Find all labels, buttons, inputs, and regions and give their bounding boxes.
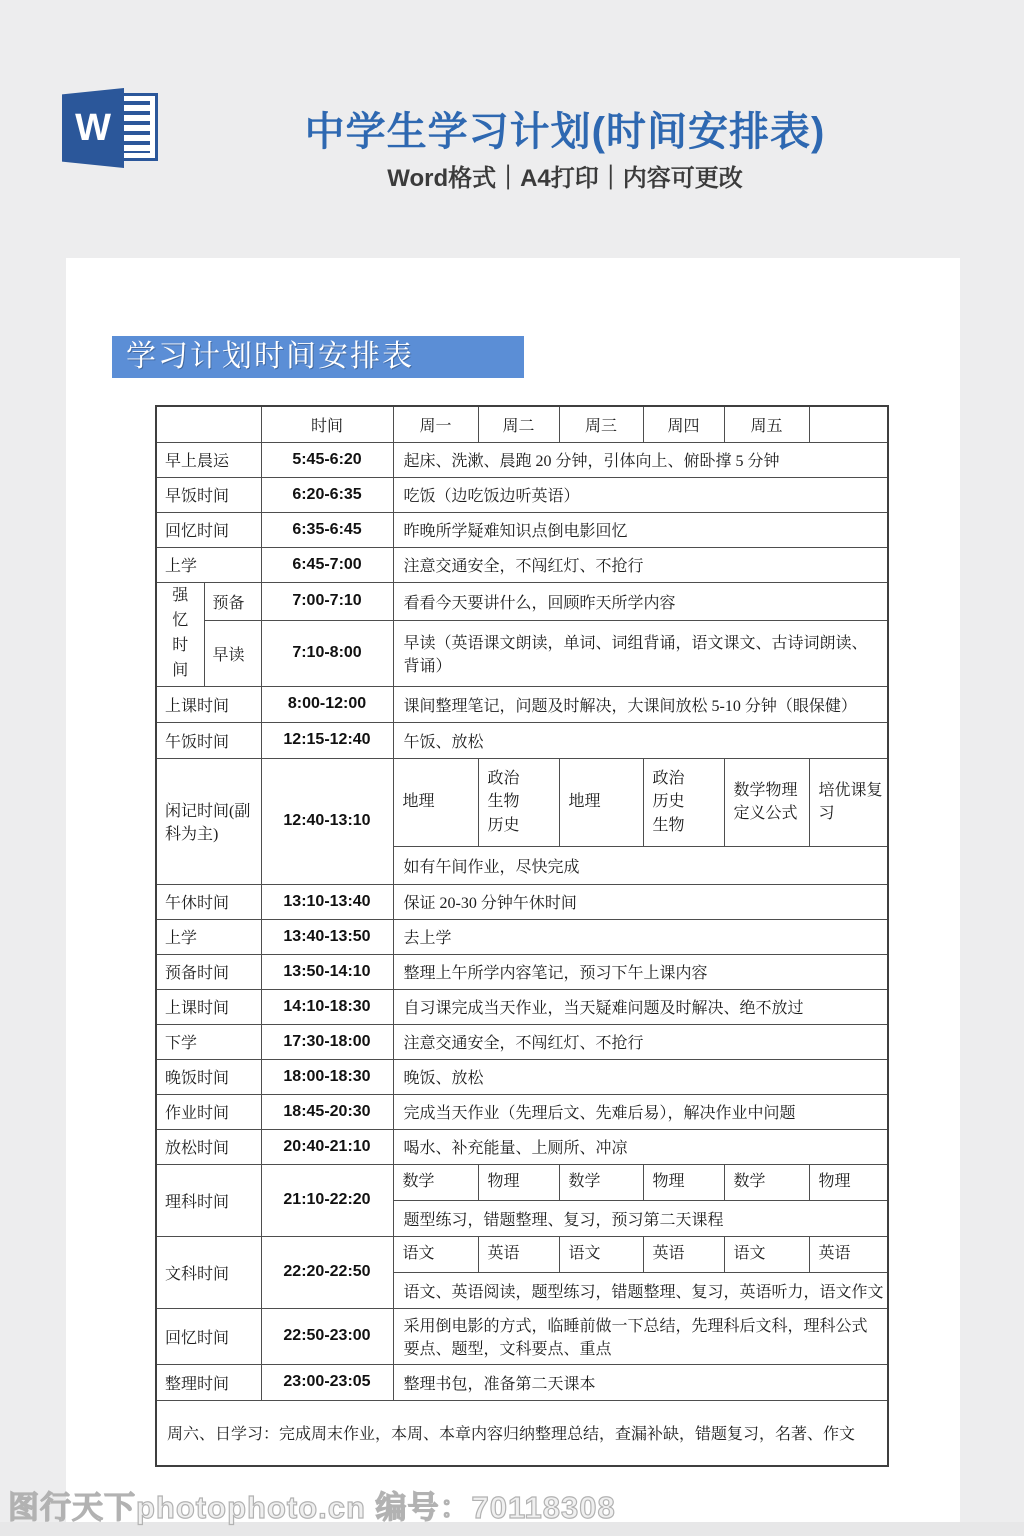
desc-cell: 整理上午所学内容笔记，预习下午上课内容 xyxy=(393,954,888,989)
section-title: 学习计划时间安排表 xyxy=(112,336,524,378)
desc-cell: 吃饭（边吃饭边听英语） xyxy=(393,477,888,512)
desc-cell: 起床、洗漱、晨跑 20 分钟，引体向上、俯卧撑 5 分钟 xyxy=(393,442,888,477)
row-label: 预备 xyxy=(204,582,261,620)
desc-cell: 自习课完成当天作业，当天疑难问题及时解决、绝不放过 xyxy=(393,989,888,1024)
time-cell: 12:15-12:40 xyxy=(261,722,393,758)
row-liberal-subjects: 文科时间 22:20-22:50 语文 英语 语文 英语 语文 英语 xyxy=(156,1236,888,1272)
row-label: 上课时间 xyxy=(156,686,261,722)
row-label: 回忆时间 xyxy=(156,512,261,547)
table-header-row: 时间 周一 周二 周三 周四 周五 xyxy=(156,406,888,442)
time-cell: 8:00-12:00 xyxy=(261,686,393,722)
desc-cell: 注意交通安全，不闯红灯、不抢行 xyxy=(393,547,888,582)
subject-cell-tuesday: 政治 生物 历史 xyxy=(478,758,559,846)
desc-cell: 早读（英语课文朗读，单词、词组背诵，语文课文、古诗词朗读、背诵） xyxy=(393,620,888,686)
row-go-school-am: 上学 6:45-7:00 注意交通安全，不闯红灯、不抢行 xyxy=(156,547,888,582)
header-monday: 周一 xyxy=(393,406,478,442)
row-label: 文科时间 xyxy=(156,1236,261,1308)
subject-cell-thursday: 政治 历史 生物 xyxy=(643,758,724,846)
subject-cell-monday: 地理 xyxy=(393,758,478,846)
time-cell: 6:45-7:00 xyxy=(261,547,393,582)
desc-cell: 整理书包，准备第二天课本 xyxy=(393,1364,888,1400)
time-cell: 17:30-18:00 xyxy=(261,1024,393,1059)
subject-cell-thursday: 英语 xyxy=(643,1236,724,1272)
time-cell: 18:00-18:30 xyxy=(261,1059,393,1094)
subject-cell-monday: 语文 xyxy=(393,1236,478,1272)
row-class-pm: 上课时间 14:10-18:30 自习课完成当天作业，当天疑难问题及时解决、绝不… xyxy=(156,989,888,1024)
row-label: 早饭时间 xyxy=(156,477,261,512)
time-cell: 23:00-23:05 xyxy=(261,1364,393,1400)
desc-cell: 晚饭、放松 xyxy=(393,1059,888,1094)
row-label: 闲记时间(副科为主) xyxy=(156,758,261,884)
row-label: 理科时间 xyxy=(156,1164,261,1236)
row-nap: 午休时间 13:10-13:40 保证 20-30 分钟午休时间 xyxy=(156,884,888,919)
row-recall-night: 回忆时间 22:50-23:00 采用倒电影的方式，临睡前做一下总结，先理科后文… xyxy=(156,1308,888,1364)
subject-cell-wednesday: 语文 xyxy=(559,1236,643,1272)
row-class-am: 上课时间 8:00-12:00 课间整理笔记，问题及时解决，大课间放松 5-10… xyxy=(156,686,888,722)
document-title: 中学生学习计划(时间安排表) xyxy=(170,100,960,157)
time-cell: 7:10-8:00 xyxy=(261,620,393,686)
subject-cell-wednesday: 数学 xyxy=(559,1164,643,1200)
header-friday: 周五 xyxy=(724,406,809,442)
word-icon: W xyxy=(62,88,162,168)
row-go-school-pm: 上学 13:40-13:50 去上学 xyxy=(156,919,888,954)
row-recall-morning: 回忆时间 6:35-6:45 昨晚所学疑难知识点倒电影回忆 xyxy=(156,512,888,547)
time-cell: 20:40-21:10 xyxy=(261,1129,393,1164)
note-cell: 如有午间作业，尽快完成 xyxy=(393,846,888,884)
desc-cell: 喝水、补充能量、上厕所、冲凉 xyxy=(393,1129,888,1164)
desc-cell: 保证 20-30 分钟午休时间 xyxy=(393,884,888,919)
subject-cell-extra: 物理 xyxy=(809,1164,888,1200)
subject-cell-tuesday: 英语 xyxy=(478,1236,559,1272)
header-empty-cell xyxy=(156,406,261,442)
desc-cell: 完成当天作业（先理后文、先难后易），解决作业中问题 xyxy=(393,1094,888,1129)
header-tuesday: 周二 xyxy=(478,406,559,442)
document-subtitle: Word格式｜A4打印｜内容可更改 xyxy=(170,158,960,193)
row-science-subjects: 理科时间 21:10-22:20 数学 物理 数学 物理 数学 物理 xyxy=(156,1164,888,1200)
row-label: 上学 xyxy=(156,919,261,954)
time-cell: 22:50-23:00 xyxy=(261,1308,393,1364)
row-prep: 强 忆 时 间 预备 7:00-7:10 看看今天要讲什么，回顾昨天所学内容 xyxy=(156,582,888,620)
time-cell: 13:50-14:10 xyxy=(261,954,393,989)
subject-cell-thursday: 物理 xyxy=(643,1164,724,1200)
row-morning-run: 早上晨运 5:45-6:20 起床、洗漱、晨跑 20 分钟，引体向上、俯卧撑 5… xyxy=(156,442,888,477)
subject-cell-friday: 语文 xyxy=(724,1236,809,1272)
desc-cell: 午饭、放松 xyxy=(393,722,888,758)
row-label: 午饭时间 xyxy=(156,722,261,758)
row-after-school: 下学 17:30-18:00 注意交通安全，不闯红灯、不抢行 xyxy=(156,1024,888,1059)
header-thursday: 周四 xyxy=(643,406,724,442)
top-banner: W 中学生学习计划(时间安排表) Word格式｜A4打印｜内容可更改 xyxy=(0,0,1024,258)
row-breakfast: 早饭时间 6:20-6:35 吃饭（边吃饭边听英语） xyxy=(156,477,888,512)
header-time: 时间 xyxy=(261,406,393,442)
desc-cell: 去上学 xyxy=(393,919,888,954)
row-label: 预备时间 xyxy=(156,954,261,989)
row-relax: 放松时间 20:40-21:10 喝水、补充能量、上厕所、冲凉 xyxy=(156,1129,888,1164)
time-cell: 6:35-6:45 xyxy=(261,512,393,547)
word-icon-page-lines xyxy=(120,101,150,153)
row-label: 回忆时间 xyxy=(156,1308,261,1364)
row-label: 晚饭时间 xyxy=(156,1059,261,1094)
time-cell: 22:20-22:50 xyxy=(261,1236,393,1308)
desc-cell: 采用倒电影的方式，临睡前做一下总结，先理科后文科，理科公式要点、题型，文科要点、… xyxy=(393,1308,888,1364)
row-noon-minor-subjects: 闲记时间(副科为主) 12:40-13:10 地理 政治 生物 历史 地理 政治… xyxy=(156,758,888,846)
schedule-table: 时间 周一 周二 周三 周四 周五 早上晨运 5:45-6:20 起床、洗漱、晨… xyxy=(155,405,889,1467)
desc-cell: 课间整理笔记，问题及时解决，大课间放松 5-10 分钟（眼保健） xyxy=(393,686,888,722)
time-cell: 18:45-20:30 xyxy=(261,1094,393,1129)
weekend-note-cell: 周六、日学习：完成周末作业，本周、本章内容归纳整理总结，查漏补缺，错题复习，名著… xyxy=(156,1400,888,1466)
row-label: 早读 xyxy=(204,620,261,686)
time-cell: 21:10-22:20 xyxy=(261,1164,393,1236)
time-cell: 13:40-13:50 xyxy=(261,919,393,954)
desc-cell: 昨晚所学疑难知识点倒电影回忆 xyxy=(393,512,888,547)
row-morning-reading: 早读 7:10-8:00 早读（英语课文朗读，单词、词组背诵，语文课文、古诗词朗… xyxy=(156,620,888,686)
word-icon-letter: W xyxy=(75,107,111,150)
time-cell: 12:40-13:10 xyxy=(261,758,393,884)
row-label: 放松时间 xyxy=(156,1129,261,1164)
subject-cell-friday: 数学 xyxy=(724,1164,809,1200)
document-page: 学习计划时间安排表 时间 周一 周二 周三 周四 周五 早上晨运 5:45-6:… xyxy=(66,258,960,1522)
row-label: 午休时间 xyxy=(156,884,261,919)
note-cell: 题型练习，错题整理、复习，预习第二天课程 xyxy=(393,1200,888,1236)
row-label: 下学 xyxy=(156,1024,261,1059)
header-wednesday: 周三 xyxy=(559,406,643,442)
row-prep-pm: 预备时间 13:50-14:10 整理上午所学内容笔记，预习下午上课内容 xyxy=(156,954,888,989)
time-cell: 14:10-18:30 xyxy=(261,989,393,1024)
row-label: 上学 xyxy=(156,547,261,582)
header-empty-cell-right xyxy=(809,406,888,442)
subject-cell-friday: 数学物理定义公式 xyxy=(724,758,809,846)
time-cell: 6:20-6:35 xyxy=(261,477,393,512)
row-label: 上课时间 xyxy=(156,989,261,1024)
subject-cell-monday: 数学 xyxy=(393,1164,478,1200)
subject-cell-extra: 培优课复习 xyxy=(809,758,888,846)
row-homework: 作业时间 18:45-20:30 完成当天作业（先理后文、先难后易），解决作业中… xyxy=(156,1094,888,1129)
desc-cell: 注意交通安全，不闯红灯、不抢行 xyxy=(393,1024,888,1059)
time-cell: 7:00-7:10 xyxy=(261,582,393,620)
row-tidy: 整理时间 23:00-23:05 整理书包，准备第二天课本 xyxy=(156,1364,888,1400)
time-cell: 5:45-6:20 xyxy=(261,442,393,477)
row-label: 作业时间 xyxy=(156,1094,261,1129)
row-label: 整理时间 xyxy=(156,1364,261,1400)
subject-cell-tuesday: 物理 xyxy=(478,1164,559,1200)
time-cell: 13:10-13:40 xyxy=(261,884,393,919)
desc-cell: 看看今天要讲什么，回顾昨天所学内容 xyxy=(393,582,888,620)
word-icon-cover: W xyxy=(62,88,124,168)
row-lunch: 午饭时间 12:15-12:40 午饭、放松 xyxy=(156,722,888,758)
watermark-text: 图行天下photophoto.cn 编号：70118308 xyxy=(8,1482,616,1527)
row-dinner: 晚饭时间 18:00-18:30 晚饭、放松 xyxy=(156,1059,888,1094)
row-label: 早上晨运 xyxy=(156,442,261,477)
note-cell: 语文、英语阅读，题型练习，错题整理、复习，英语听力，语文作文 xyxy=(393,1272,888,1308)
memory-group-label: 强 忆 时 间 xyxy=(156,582,204,686)
subject-cell-extra: 英语 xyxy=(809,1236,888,1272)
row-weekend-note: 周六、日学习：完成周末作业，本周、本章内容归纳整理总结，查漏补缺，错题复习，名著… xyxy=(156,1400,888,1466)
subject-cell-wednesday: 地理 xyxy=(559,758,643,846)
